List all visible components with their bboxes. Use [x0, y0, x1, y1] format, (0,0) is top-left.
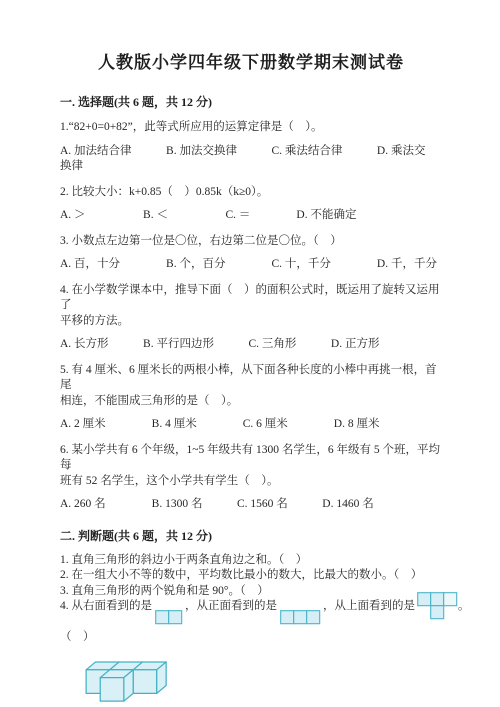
question-options-row: A. 长方形 B. 平行四边形 C. 三角形 D. 正方形: [60, 337, 448, 353]
judge-q4-lead: 4. 从右面看到的是: [60, 599, 152, 615]
document-body: { "page": { "title": "人教版小学四年级下册数学期末测试卷"…: [0, 0, 500, 707]
question-stem-line: 1.“82+0=0+82”，此等式所应用的运算定律是（ ）。: [60, 120, 448, 136]
question-stem-line: 4. 在小学数学课本中，推导下面（ ）的面积公式时，既运用了旋转又运用了: [60, 283, 448, 314]
question-stem-line: 相连，不能围成三角形的是（ ）。: [60, 394, 448, 410]
judge-question-1: 1. 直角三角形的斜边小于两条直角边之和。（ ）: [60, 553, 448, 569]
choice-question-3: 3. 小数点左边第一位是〇位，右边第二位是〇位。（ ）A. 百，十分 B. 个，…: [60, 234, 448, 273]
question-stem-line: 2. 比较大小：k+0.85（ ）0.85k（k≥0）。: [60, 185, 448, 201]
question-options-row: A. 加法结合律 B. 加法交换律 C. 乘法结合律 D. 乘法交: [60, 144, 448, 160]
question-stem-line: 平移的方法。: [60, 314, 448, 330]
question-options-row: A. 2 厘米 B. 4 厘米 C. 6 厘米 D. 8 厘米: [60, 417, 448, 433]
judge-q4-tail: 。: [458, 599, 470, 615]
cube-stack-figure-wrap: [72, 655, 448, 705]
front-view-shape-icon: [280, 610, 321, 625]
choice-question-list: 1.“82+0=0+82”，此等式所应用的运算定律是（ ）。A. 加法结合律 B…: [60, 120, 448, 513]
choice-question-6: 6. 某小学共有 6 个年级，1~5 年级共有 1300 名学生，6 年级有 5…: [60, 443, 448, 513]
top-view-shape-icon: [417, 592, 458, 621]
choice-question-4: 4. 在小学数学课本中，推导下面（ ）的面积公式时，既运用了旋转又运用了平移的方…: [60, 283, 448, 353]
section-choice-header: 一. 选择题(共 6 题，共 12 分): [60, 93, 448, 110]
question-stem-line: 班有 52 名学生，这个小学共有学生（ ）。: [60, 474, 448, 490]
section-judge-header: 二. 判断题(共 6 题，共 12 分): [60, 527, 448, 544]
choice-question-1: 1.“82+0=0+82”，此等式所应用的运算定律是（ ）。A. 加法结合律 B…: [60, 120, 448, 175]
question-options-row: A. ＞ B. ＜ C. ＝ D. 不能确定: [60, 208, 448, 224]
question-stem-line: 5. 有 4 厘米、6 厘米长的两根小棒，从下面各种长度的小棒中再挑一根，首尾: [60, 363, 448, 394]
judge-question-list: 1. 直角三角形的斜边小于两条直角边之和。（ ）2. 在一组大小不等的数中，平均…: [60, 553, 448, 600]
judge-q4-mid1: ，从正面看到的是: [185, 599, 277, 615]
choice-question-2: 2. 比较大小：k+0.85（ ）0.85k（k≥0）。A. ＞ B. ＜ C.…: [60, 185, 448, 224]
cube-stack-3d-figure: [72, 655, 174, 705]
question-options-row: A. 百，十分 B. 个，百分 C. 十，千分 D. 千，千分: [60, 257, 448, 273]
question-options-row: A. 260 名 B. 1300 名 C. 1560 名 D. 1460 名: [60, 497, 448, 513]
judge-question-2: 2. 在一组大小不等的数中，平均数比最小的数大，比最大的数小。（ ）: [60, 568, 448, 584]
question-stem-line: 3. 小数点左边第一位是〇位，右边第二位是〇位。（ ）: [60, 234, 448, 250]
test-paper-page: 人教版小学四年级下册数学期末测试卷 一. 选择题(共 6 题，共 12 分) 1…: [0, 0, 500, 707]
question-stem-line: 6. 某小学共有 6 个年级，1~5 年级共有 1300 名学生，6 年级有 5…: [60, 443, 448, 474]
choice-question-5: 5. 有 4 厘米、6 厘米长的两根小棒，从下面各种长度的小棒中再挑一根，首尾相…: [60, 363, 448, 433]
page-title: 人教版小学四年级下册数学期末测试卷: [54, 48, 448, 73]
judge-q4-mid2: ，从上面看到的是: [323, 599, 415, 615]
judge-q4-answer-blank: （ ）: [60, 630, 448, 645]
right-view-shape-icon: [155, 610, 183, 625]
judge-question-4: 4. 从右面看到的是 ，从正面看到的是 ，从上面看到的是 。: [60, 599, 448, 625]
judge-question-3: 3. 直角三角形的两个锐角和是 90°。（ ）: [60, 584, 448, 600]
question-options-row: 换律: [60, 159, 448, 175]
